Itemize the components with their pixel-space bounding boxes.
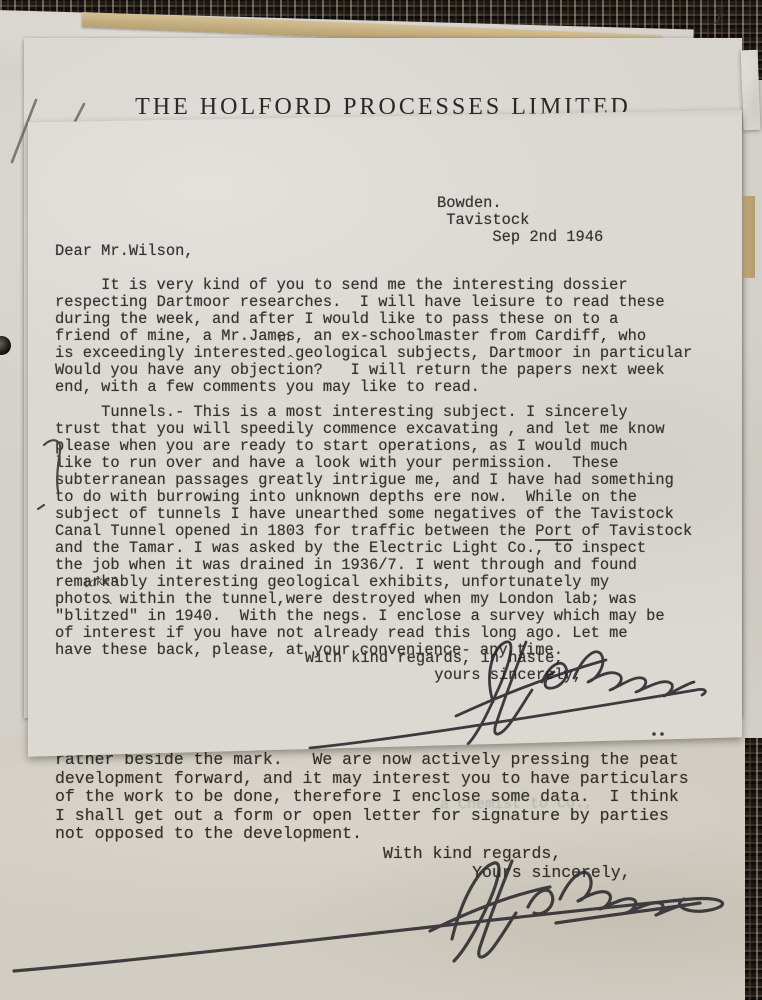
caret-mark: ^ [104, 599, 113, 612]
letter-page: Bowden. Tavistock Sep 2nd 1946 Dear Mr.W… [28, 110, 742, 760]
caret-mark: ^ [286, 353, 295, 366]
paragraph-1: It is very kind of you to send me the in… [55, 277, 692, 396]
ink-bleedthrough-text: a Chemist to Co., [440, 793, 730, 813]
paragraph-2: Tunnels.- This is a most interesting sub… [55, 404, 692, 659]
right-edge-paper-tab [741, 50, 761, 131]
sender-address: Bowden. Tavistock Sep 2nd 1946 [437, 195, 603, 246]
margin-pencil-bracket [28, 435, 72, 519]
signature-holford-mid [288, 630, 728, 762]
letter-page-wrap: Bowden. Tavistock Sep 2nd 1946 Dear Mr.W… [28, 110, 742, 760]
punch-hole [0, 336, 11, 355]
port-word-underline [535, 539, 573, 541]
tan-paper-sliver [743, 196, 755, 278]
signature-holford-bottom [0, 853, 750, 993]
salutation: Dear Mr.Wilson, [55, 243, 194, 260]
second-page-sheet: rather beside the mark. We are now activ… [0, 735, 745, 1000]
scanned-letter-photo: THE HOLFORD PROCESSES LIMITED 1 rather b… [0, 0, 762, 1000]
handwritten-insertion-in: in [277, 329, 291, 345]
